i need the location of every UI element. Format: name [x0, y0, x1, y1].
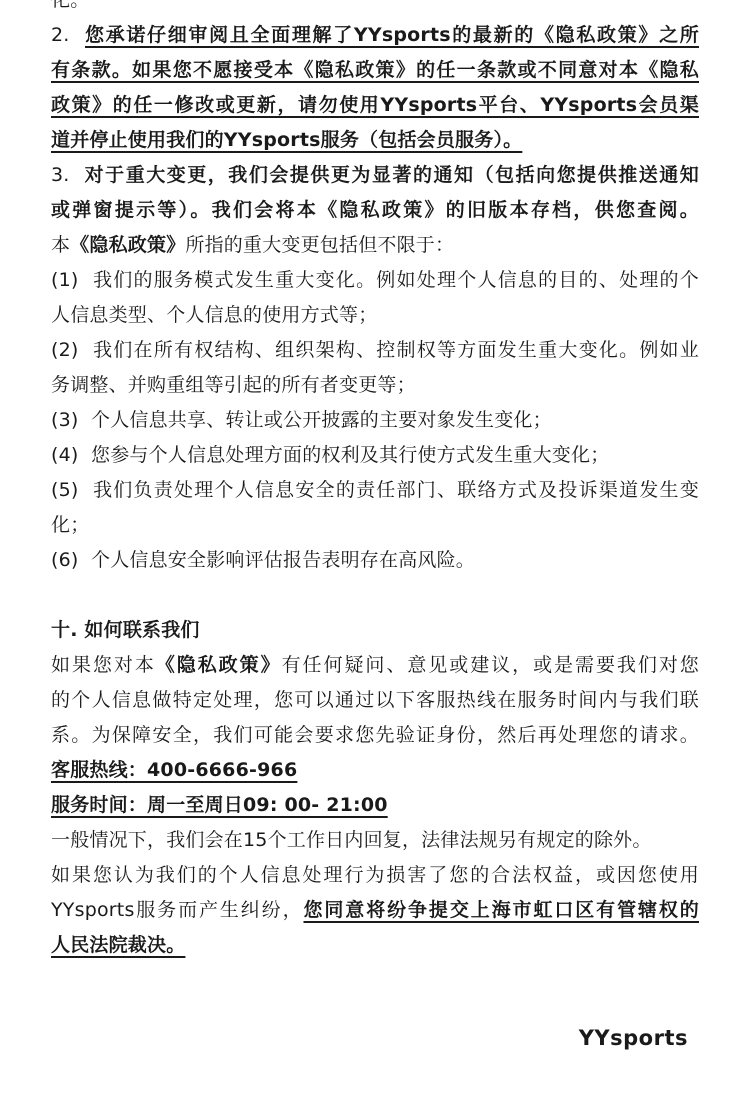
dispute-paragraph-line: 如果您认为我们的个人信息处理行为损害了您的合法权益，或因您使用 — [51, 858, 699, 893]
signature: YYsports — [579, 1026, 688, 1050]
list-item: (3) 个人信息共享、转让或公开披露的主要对象发生变化； — [51, 403, 699, 438]
list-item: (4) 您参与个人信息处理方面的权利及其行使方式发生重大变化； — [51, 438, 699, 473]
service-hours: 服务时间：周一至周日09: 00- 21:00 — [51, 794, 388, 816]
section-contact-us: 十. 如何联系我们 如果您对本《隐私政策》有任何疑问、意见或建议，或是需要我们对… — [51, 613, 699, 963]
jurisdiction-clause: 您同意将纷争提交上海市虹口区有管辖权的 — [304, 899, 699, 921]
item-3-text-line: 或弹窗提示等）。我们会将本《隐私政策》的旧版本存档，供您查阅。 — [51, 199, 699, 221]
customer-hotline[interactable]: 客服热线：400-6666-966 — [51, 759, 297, 781]
item-3-text-line: 对于重大变更，我们会提供更为显著的通知（包括向您提供推送通知 — [85, 164, 699, 186]
contact-paragraph-line: 如果您对本《隐私政策》有任何疑问、意见或建议，或是需要我们对您 — [51, 648, 699, 683]
policy-name: 《隐私政策》 — [156, 654, 282, 676]
list-item: (2) 我们在所有权结构、组织架构、控制权等方面发生重大变化。例如业 务调整、并… — [51, 333, 699, 403]
reply-note: 一般情况下，我们会在15个工作日内回复，法律法规另有规定的除外。 — [51, 823, 699, 858]
policy-item-3: 3. 对于重大变更，我们会提供更为显著的通知（包括向您提供推送通知 或弹窗提示等… — [51, 158, 699, 228]
policy-item-2: 2. 您承诺仔细审阅且全面理解了YYsports的最新的《隐私政策》之所 有条款… — [51, 18, 699, 158]
cutoff-text-fragment: 化。 — [51, 0, 699, 18]
policy-name: 《隐私政策》 — [70, 234, 185, 256]
major-changes-intro: 本《隐私政策》所指的重大变更包括但不限于： — [51, 228, 699, 263]
dispute-paragraph-line: YYsports服务而产生纠纷，您同意将纷争提交上海市虹口区有管辖权的 — [51, 893, 699, 928]
section-heading: 十. 如何联系我们 — [51, 613, 699, 648]
item-2-text-line: 您承诺仔细审阅且全面理解了YYsports的最新的《隐私政策》之所 — [85, 24, 699, 46]
item-2-text-line: 道并停止使用我们的YYsports服务（包括会员服务）。 — [51, 129, 522, 151]
item-2-text-line: 有条款。如果您不愿接受本《隐私政策》的任一条款或不同意对本《隐私 — [51, 59, 699, 81]
item-2-text-line: 政策》的任一修改或更新，请勿使用YYsports平台、YYsports会员渠 — [51, 94, 699, 116]
list-item: (1) 我们的服务模式发生重大变化。例如处理个人信息的目的、处理的个 人信息类型… — [51, 263, 699, 333]
major-changes-list: (1) 我们的服务模式发生重大变化。例如处理个人信息的目的、处理的个 人信息类型… — [51, 263, 699, 578]
spacer — [51, 578, 699, 613]
list-item: (5) 我们负责处理个人信息安全的责任部门、联络方式及投诉渠道发生变 化； — [51, 473, 699, 543]
privacy-policy-document: 化。 2. 您承诺仔细审阅且全面理解了YYsports的最新的《隐私政策》之所 … — [51, 0, 699, 963]
item-number: 2. — [51, 24, 70, 46]
jurisdiction-clause: 人民法院裁决。 — [51, 934, 185, 956]
contact-paragraph-line: 系。为保障安全，我们可能会要求您先验证身份，然后再处理您的请求。 — [51, 718, 699, 753]
item-number: 3. — [51, 164, 70, 186]
list-item: (6) 个人信息安全影响评估报告表明存在高风险。 — [51, 543, 699, 578]
contact-paragraph-line: 的个人信息做特定处理，您可以通过以下客服热线在服务时间内与我们联 — [51, 683, 699, 718]
